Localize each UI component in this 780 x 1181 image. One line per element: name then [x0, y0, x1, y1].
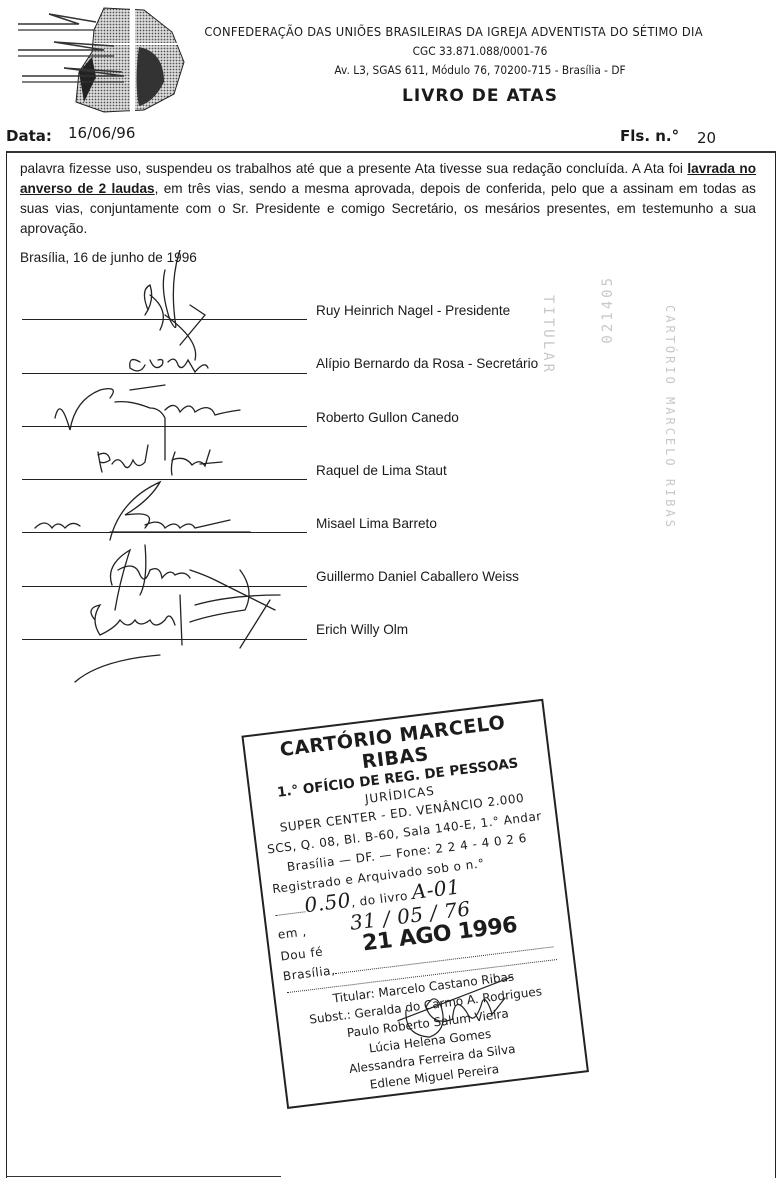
date-value: 16/06/96	[68, 124, 135, 142]
frame-bottom-edge	[6, 1176, 281, 1177]
date-label: Data:	[6, 127, 52, 145]
minutes-closing-paragraph: palavra fizesse uso, suspendeu os trabal…	[20, 159, 756, 239]
faded-registration-stamp: TITULAR 021405 CARTÓRIO MARCELO RIBAS	[535, 275, 705, 555]
paragraph-start: palavra fizesse uso, suspendeu os trabal…	[20, 161, 687, 176]
organization-name: CONFEDERAÇÃO DAS UNIÕES BRASILEIRAS DA I…	[196, 24, 711, 39]
signatory-name: Alípio Bernardo da Rosa - Secretário	[316, 356, 538, 371]
faded-stamp-col3: CARTÓRIO MARCELO RIBAS	[663, 305, 677, 530]
page-number-label: Fls. n.°	[620, 127, 679, 145]
cgc-number: CGC 33.871.088/0001-76	[222, 44, 737, 58]
signatory-name: Ruy Heinrich Nagel - Presidente	[316, 303, 510, 318]
book-title: LIVRO DE ATAS	[200, 86, 760, 106]
adventist-globe-logo-icon	[4, 2, 194, 114]
notary-registration-stamp: CARTÓRIO MARCELO RIBAS 1.° OFÍCIO DE REG…	[238, 667, 626, 1123]
faded-stamp-col1: TITULAR	[540, 295, 556, 375]
faded-stamp-col2: 021405	[600, 275, 616, 344]
brasilia-label: Brasília,	[282, 963, 336, 983]
em-label: em ,	[277, 924, 307, 941]
signatory-name: Guillermo Daniel Caballero Weiss	[316, 569, 519, 584]
handwritten-signatures-icon	[0, 250, 340, 690]
notary-signature-icon	[392, 967, 520, 1051]
organization-address: Av. L3, SGAS 611, Módulo 76, 70200-715 -…	[222, 63, 737, 77]
dou-fe-label: Dou fé	[280, 945, 324, 964]
page-number-value: 20	[697, 129, 716, 147]
